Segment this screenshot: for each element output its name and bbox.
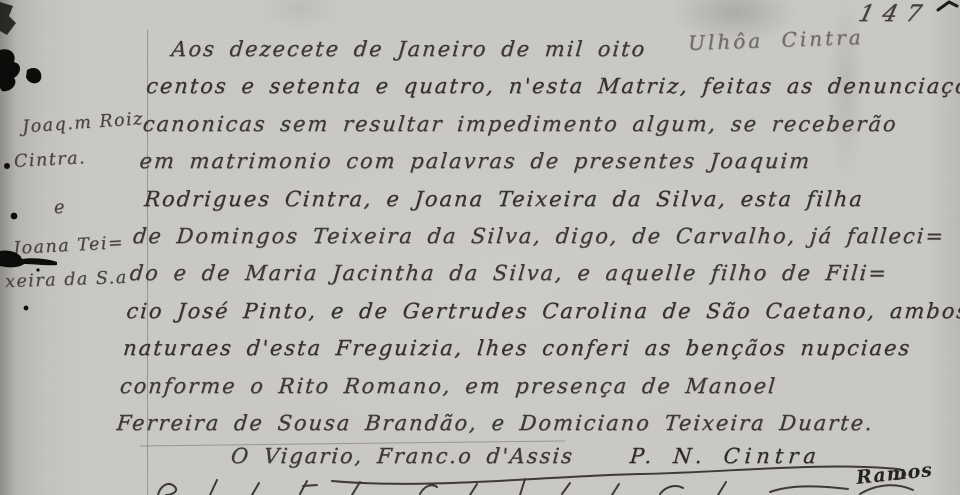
record-line: cio José Pinto, e de Gertrudes Carolina … <box>125 293 937 330</box>
record-line: conforme o Rito Romano, em presença de M… <box>118 368 930 405</box>
record-text: Aos dezecete de Janeiro de mil oito cent… <box>115 31 960 442</box>
record-line: naturaes d'esta Freguizia, lhes conferi … <box>122 330 934 367</box>
record-line: do e de Maria Jacintha da Silva, e aquel… <box>128 255 940 292</box>
signature-flourish <box>332 467 905 484</box>
margin-groom-surname: Cintra. <box>14 148 87 172</box>
register-scan-page: 147 Ulhôa Cintra Joaq.m Roiz. Cintra. e … <box>0 0 960 495</box>
countersignature: Ramos <box>855 459 934 489</box>
margin-groom-name: Joaq.m Roiz. <box>21 109 151 138</box>
margin-conjunction: e <box>54 198 66 218</box>
record-line: canonicas sem resultar impedimento algum… <box>141 106 953 143</box>
margin-bride-name: Joana Tei= <box>13 233 125 259</box>
vicar-title: O Vigario, Franc.o d'Assis <box>230 444 575 468</box>
cutoff-next-line-strokes <box>158 479 913 495</box>
record-line: Rodrigues Cintra, e Joana Teixeira da Si… <box>135 181 947 218</box>
corner-pen-mark <box>938 2 957 10</box>
record-line: Aos dezecete de Janeiro de mil oito <box>148 31 960 68</box>
margin-bride-surname: xeira da S.a <box>5 268 128 292</box>
page-number: 147 <box>856 1 933 27</box>
record-line: em matrimonio com palavras de presentes … <box>138 143 950 180</box>
record-line: Ferreira de Sousa Brandão, e Domiciano T… <box>115 405 927 442</box>
signature-row: O Vigario, Franc.o d'AssisP. N. Cintra <box>150 444 822 468</box>
record-line: centos e setenta e quatro, n'esta Matriz… <box>144 68 956 105</box>
vicar-signature: P. N. Cintra <box>629 444 822 468</box>
record-line: de Domingos Teixeira da Silva, digo, de … <box>131 218 943 255</box>
